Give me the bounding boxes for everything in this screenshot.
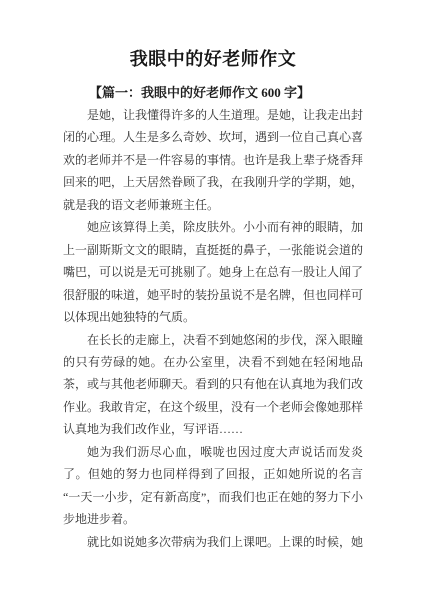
- essay-page: 我眼中的好老师作文 【篇一：我眼中的好老师作文 600 字】 是她，让我懂得许多…: [0, 0, 424, 600]
- essay-body: 是她，让我懂得许多的人生道理。是她，让我走出封闭的心理。人生是多么奇妙、坎坷，遇…: [63, 104, 363, 553]
- page-title: 我眼中的好老师作文: [63, 46, 363, 73]
- essay-paragraph: 她为我们沥尽心血，喉咙也因过度大声说话而发炎了。但她的努力也同样得到了回报，正如…: [63, 441, 363, 531]
- essay-paragraph: 她应该算得上美，除皮肤外。小小而有神的眼睛，加上一副斯斯文文的眼睛，直挺挺的鼻子…: [63, 216, 363, 328]
- section-heading: 【篇一：我眼中的好老师作文 600 字】: [63, 81, 363, 104]
- essay-paragraph: 在长长的走廊上，决看不到她悠闲的步伐，深入眼瞳的只有劳碌的她。在办公室里，决看不…: [63, 329, 363, 441]
- essay-paragraph: 就比如说她多次带病为我们上课吧。上课的时候，她: [63, 531, 363, 553]
- essay-paragraph: 是她，让我懂得许多的人生道理。是她，让我走出封闭的心理。人生是多么奇妙、坎坷，遇…: [63, 104, 363, 216]
